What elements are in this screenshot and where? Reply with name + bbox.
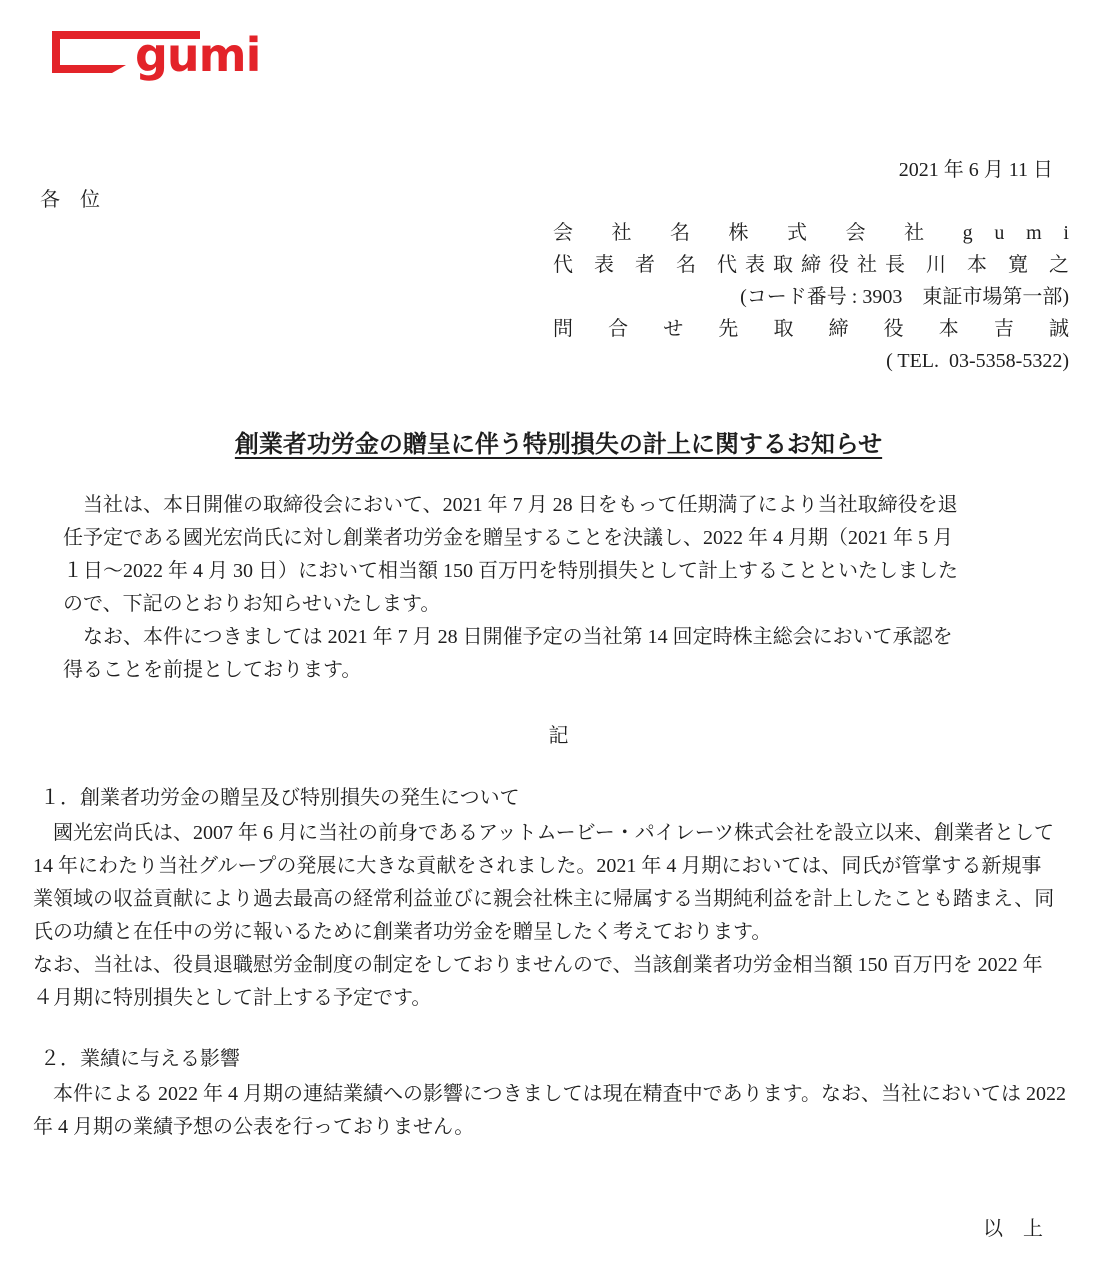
intro-line: 任予定である國光宏尚氏に対し創業者功労金を贈呈することを決議し、2022 年 4… bbox=[63, 522, 1063, 555]
telephone-line: ( TEL. 03-5358-5322) bbox=[553, 345, 1069, 377]
section-1-line: なお、当社は、役員退職慰労金制度の制定をしておりませんので、当該創業者功労金相当… bbox=[33, 949, 1103, 982]
company-info-block: 会 社 名 株 式 会 社 g u m i 代 表 者 名 代表取締役社長 川 … bbox=[553, 217, 1069, 377]
intro-line: 得ることを前提としております。 bbox=[63, 654, 1063, 687]
closing-marker: 以 上 bbox=[983, 1212, 1043, 1241]
addressee: 各 位 bbox=[40, 183, 100, 212]
gumi-logo-text: gumi bbox=[135, 28, 260, 82]
section-2-line: 本件による 2022 年 4 月期の連結業績への影響につきましては現在精査中であ… bbox=[33, 1078, 1103, 1111]
section-2-line: 年 4 月期の業績予想の公表を行っておりません。 bbox=[33, 1111, 1103, 1144]
section-1-body: 國光宏尚氏は、2007 年 6 月に当社の前身であるアットムービー・パイレーツ株… bbox=[33, 817, 1103, 1015]
document-date: 2021 年 6 月 11 日 bbox=[899, 153, 1053, 182]
section-2-heading: ２．業績に与える影響 bbox=[40, 1043, 240, 1076]
intro-line: ので、下記のとおりお知らせいたします。 bbox=[63, 588, 1063, 621]
section-1-line: 氏の功績と在任中の労に報いるために創業者功労金を贈呈したく考えております。 bbox=[33, 916, 1103, 949]
intro-line: なお、本件につきましては 2021 年 7 月 28 日開催予定の当社第 14 … bbox=[63, 621, 1063, 654]
stock-code-line: (コード番号 : 3903 東証市場第一部) bbox=[553, 281, 1069, 313]
intro-paragraph: 当社は、本日開催の取締役会において、2021 年 7 月 28 日をもって任期満… bbox=[63, 489, 1063, 687]
section-1-heading: １．創業者功労金の贈呈及び特別損失の発生について bbox=[40, 782, 520, 815]
intro-line: １日〜2022 年 4 月 30 日）において相当額 150 百万円を特別損失と… bbox=[63, 555, 1063, 588]
contact-line: 問 合 せ 先 取 締 役 本 吉 誠 bbox=[553, 313, 1069, 345]
representative-line: 代 表 者 名 代表取締役社長 川 本 寛 之 bbox=[553, 249, 1069, 281]
section-1-line: 14 年にわたり当社グループの発展に大きな貢献をされました。2021 年 4 月… bbox=[33, 850, 1103, 883]
document-title: 創業者功労金の贈呈に伴う特別損失の計上に関するお知らせ bbox=[0, 424, 1117, 459]
section-1-line: ４月期に特別損失として計上する予定です。 bbox=[33, 982, 1103, 1015]
ki-marker: 記 bbox=[0, 720, 1117, 753]
document-page: gumi 2021 年 6 月 11 日 各 位 会 社 名 株 式 会 社 g… bbox=[0, 0, 1117, 1276]
company-name-line: 会 社 名 株 式 会 社 g u m i bbox=[553, 217, 1069, 249]
section-1-line: 業領域の収益貢献により過去最高の経常利益並びに親会社株主に帰属する当期純利益を計… bbox=[33, 883, 1103, 916]
section-2-body: 本件による 2022 年 4 月期の連結業績への影響につきましては現在精査中であ… bbox=[33, 1078, 1103, 1144]
section-1-line: 國光宏尚氏は、2007 年 6 月に当社の前身であるアットムービー・パイレーツ株… bbox=[33, 817, 1103, 850]
gumi-logo: gumi bbox=[50, 26, 265, 84]
intro-line: 当社は、本日開催の取締役会において、2021 年 7 月 28 日をもって任期満… bbox=[63, 489, 1063, 522]
